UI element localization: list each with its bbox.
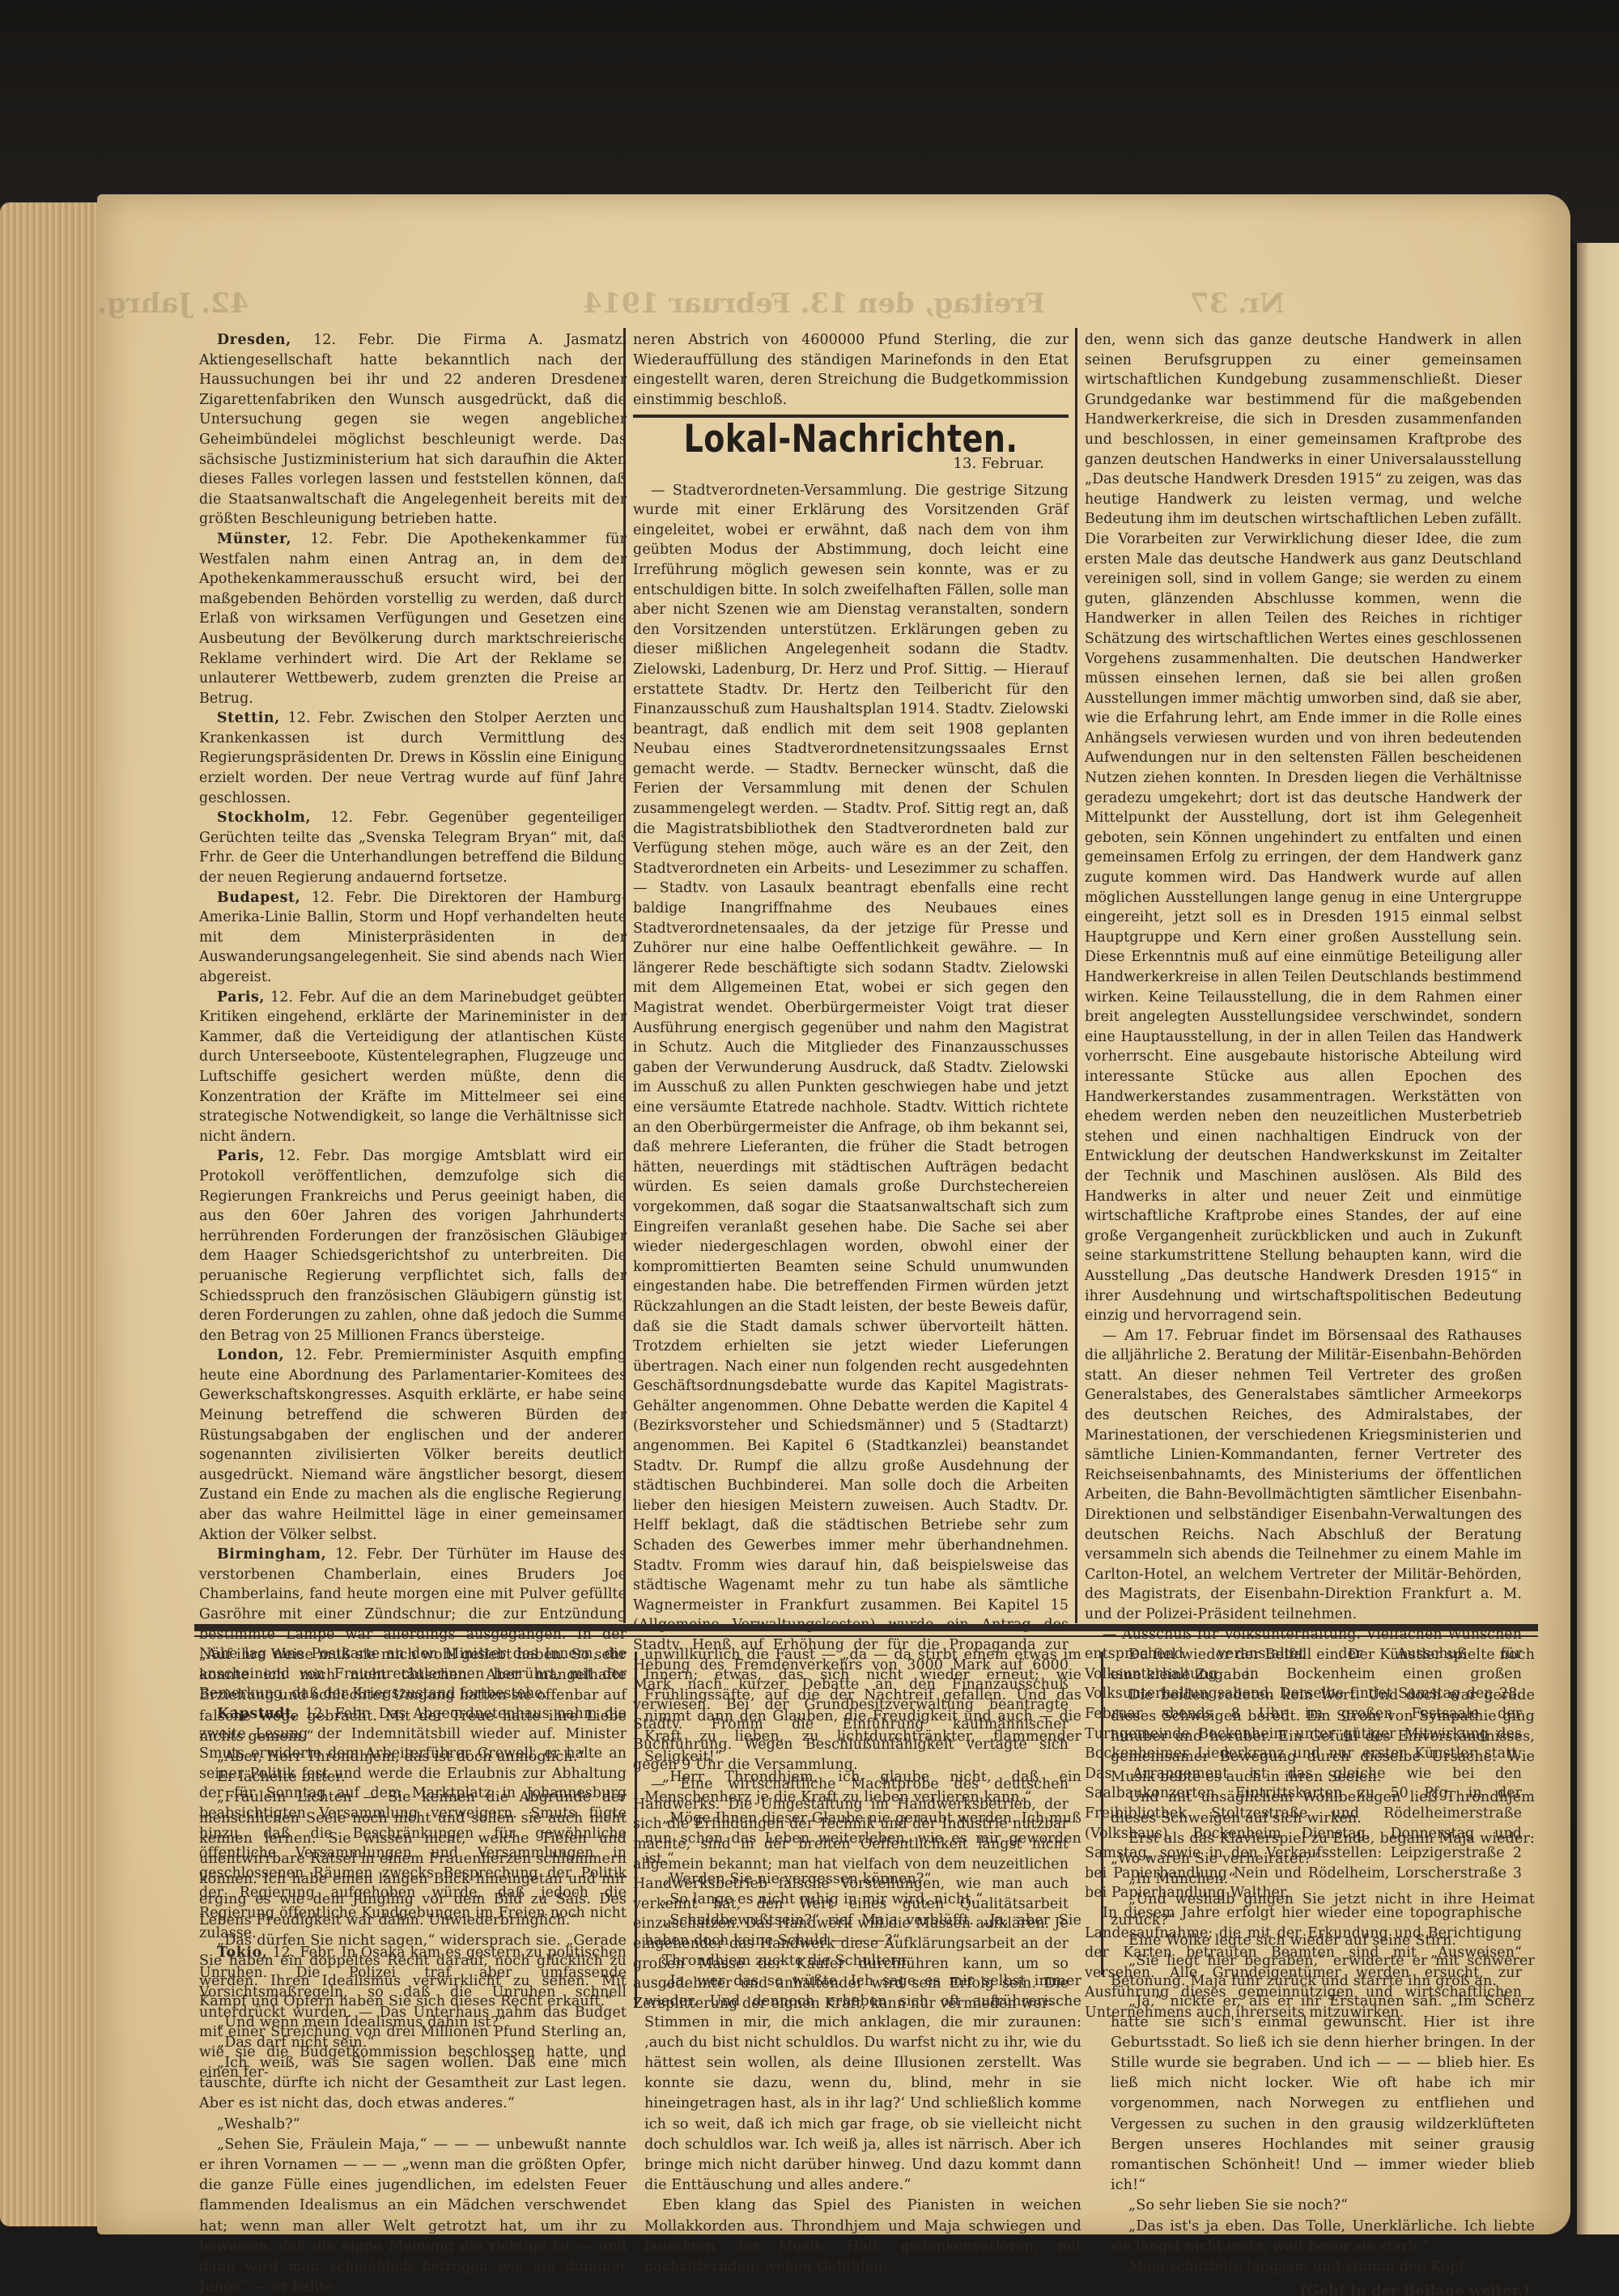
article-handwerk-continued: den, wenn sich das ganze deutsche Handwe… [1085, 330, 1522, 1326]
story-paragraph: „Und wenn mein Idealismus dahin ist?“ [199, 2013, 627, 2033]
dateline-place: Münster, [217, 531, 291, 547]
news-column-continued: den, wenn sich das ganze deutsche Handwe… [1085, 330, 1522, 1626]
section-title-lokal-nachrichten: Lokal-Nachrichten. [633, 427, 1069, 452]
story-paragraph: „Fräulein Lichten — Sie kennen die Abgrü… [199, 1788, 627, 1930]
story-paragraph: Er lächelte bitter. [199, 1767, 627, 1788]
feuilleton-divider [194, 1624, 1538, 1631]
dateline-place: Stettin, [217, 710, 280, 726]
dateline-date: 12. Febr. [330, 810, 409, 826]
story-paragraph: Da fiel wieder der Beifall ein. Der Küns… [1111, 1645, 1535, 1686]
story-paragraph: „Werden Sie nie vergessen können?“ [644, 1869, 1081, 1890]
story-paragraph: „Ja,“ nickte er, als er ihr Erstaunen sa… [1111, 1992, 1535, 2196]
story-paragraph: „Das darf nicht sein.“ [199, 2033, 627, 2053]
continued-in-supplement-note: (Geht in der Beilage weiter.) [1111, 2281, 1535, 2296]
story-paragraph: „Und weshalb gingen Sie jetzt nicht in i… [1111, 1890, 1535, 1930]
news-column-telegrams: Dresden, 12. Febr. Die Firma A. Jasmatzi… [199, 330, 627, 1626]
story-paragraph: „Aber, Herr Throndhjem, das ist doch unm… [199, 1747, 627, 1767]
bound-page-stack [0, 202, 113, 2226]
telegram-item: Dresden, 12. Febr. Die Firma A. Jasmatzi… [199, 330, 627, 529]
dateline-date: 12. Febr. [295, 1347, 364, 1363]
column-divider [1075, 328, 1077, 1623]
story-paragraph: „Das dürfen Sie nicht sagen,“ widersprac… [199, 1931, 627, 2013]
dateline-place: Paris, [217, 1148, 265, 1164]
story-paragraph: Maja schüttelte langsam und stumm den Ko… [1111, 2257, 1535, 2277]
adjacent-page-edge [1577, 243, 1619, 2234]
dateline-place: Stockholm, [217, 810, 311, 826]
telegram-item: Stockholm, 12. Febr. Gegenüber gegenteil… [199, 808, 627, 887]
dateline-place: London, [217, 1347, 284, 1363]
story-paragraph: „Weshalb?“ [199, 2115, 627, 2135]
telegram-item: Budapest, 12. Febr. Die Direktoren der H… [199, 888, 627, 988]
story-paragraph: Die beiden redeten kein Wort. Und doch w… [1111, 1686, 1535, 1788]
news-column-local: neren Abstrich von 4600000 Pfund Sterlin… [633, 330, 1069, 1626]
dateline-date: 12. Febr. [313, 332, 394, 348]
story-paragraph: unwillkürlich die Faust — „da — da stirb… [644, 1645, 1081, 1767]
story-paragraph: „Das ist's ja eben. Das Tolle, Unerklärl… [1111, 2217, 1535, 2257]
column-divider [635, 1652, 637, 2008]
dateline-date: 12. Febr. [310, 531, 388, 547]
story-paragraph: Throndhjem zuckte die Schultern. [644, 1951, 1081, 1971]
feuilleton-column-1: „Auf ihre Weise muß sie mich wohl gelieb… [199, 1645, 627, 2196]
show-through-header: 42. Jahrg. Freitag, den 13. Februar 1914… [0, 287, 1619, 320]
story-paragraph: Erst als das Klavierspiel zu Ende, began… [1111, 1829, 1535, 1869]
story-paragraph: „Schuldbewußtsein?“ rief Maja verblüfft.… [644, 1911, 1081, 1951]
telegram-text: Die Apothekenkammer für Westfalen nahm e… [199, 531, 627, 707]
column-divider [1101, 1652, 1103, 1975]
dateline-place: Paris, [217, 989, 265, 1006]
dateline-date: 12. Febr. [270, 989, 335, 1006]
telegram-item: Paris, 12. Febr. Auf die an dem Marinebu… [199, 988, 627, 1147]
story-paragraph: „Ich weiß, was Sie sagen wollen. Daß ein… [199, 2053, 627, 2115]
telegram-item: Stettin, 12. Febr. Zwischen den Stolper … [199, 708, 627, 808]
feuilleton-column-3: Da fiel wieder der Beifall ein. Der Küns… [1111, 1645, 1535, 2196]
column-divider [623, 328, 626, 1623]
dateline-place: Dresden, [217, 332, 291, 348]
telegram-item: Paris, 12. Febr. Das morgige Amtsblatt w… [199, 1146, 627, 1346]
dateline-date: 12. Febr. [278, 1148, 350, 1164]
dateline-date: 12. Febr. [312, 890, 382, 906]
ghost-volume: Nr. 37 [1190, 287, 1285, 320]
article-militaer-eisenbahn: — Am 17. Februar findet im Börsensaal de… [1085, 1326, 1522, 1625]
telegram-item: Münster, 12. Febr. Die Apothekenkammer f… [199, 529, 627, 708]
story-paragraph: „Ja, wer das so wüßte. Ich sage es mir s… [644, 1971, 1081, 2196]
telegram-item: London, 12. Febr. Premierminister Asquit… [199, 1346, 627, 1545]
telegram-text: Auf die an dem Marinebudget geübten Krit… [199, 989, 627, 1145]
story-paragraph: „So lange es nicht ruhig in mir wird, ni… [644, 1890, 1081, 1910]
telegram-text: Die Firma A. Jasmatzi Aktiengesellschaft… [199, 332, 627, 527]
dateline-place: Birmingham, [217, 1546, 326, 1563]
story-paragraph: „So sehr lieben Sie sie noch?“ [1111, 2196, 1535, 2216]
story-paragraph: Und mit unsäglichem Wohlbehagen ließ Thr… [1111, 1788, 1535, 1828]
story-paragraph: Eine Wolke legte sich wieder auf seine S… [1111, 1931, 1535, 1951]
telegram-text: Premierminister Asquith empfing heute ei… [199, 1347, 627, 1542]
story-paragraph: „Sie liegt hier begraben,“ erwiderte er … [1111, 1951, 1535, 1992]
article-stadtverordneten: — Stadtverordneten-Versammlung. Die gest… [633, 481, 1069, 1775]
feuilleton-column-2: unwillkürlich die Faust — „da — da stirb… [644, 1645, 1081, 2196]
continuation-paragraph: neren Abstrich von 4600000 Pfund Sterlin… [633, 330, 1069, 410]
story-paragraph: „Möge Ihnen dieser Glaube nie geraubt we… [644, 1809, 1081, 1870]
feuilleton-divider-thin [194, 1635, 1538, 1637]
story-paragraph: „Sehen Sie, Fräulein Maja,“ — — — unbewu… [199, 2135, 627, 2296]
story-paragraph: „In München.“ [1111, 1869, 1535, 1890]
ghost-issue-number: 42. Jahrg. [97, 287, 249, 320]
story-paragraph: „Herr Throndhjem, ich glaube nicht, daß … [644, 1767, 1081, 1808]
dateline-date: 12. Febr. [335, 1546, 403, 1563]
dateline-place: Budapest, [217, 890, 300, 906]
ghost-date: Freitag, den 13. Februar 1914 [583, 287, 1045, 320]
story-paragraph: „Auf ihre Weise muß sie mich wohl gelieb… [199, 1645, 627, 1747]
telegram-text: Das morgige Amtsblatt wird ein Protokoll… [199, 1148, 627, 1343]
dateline-date: 12. Febr. [288, 710, 355, 726]
story-paragraph: Eben klang das Spiel des Pianisten in we… [644, 2196, 1081, 2277]
